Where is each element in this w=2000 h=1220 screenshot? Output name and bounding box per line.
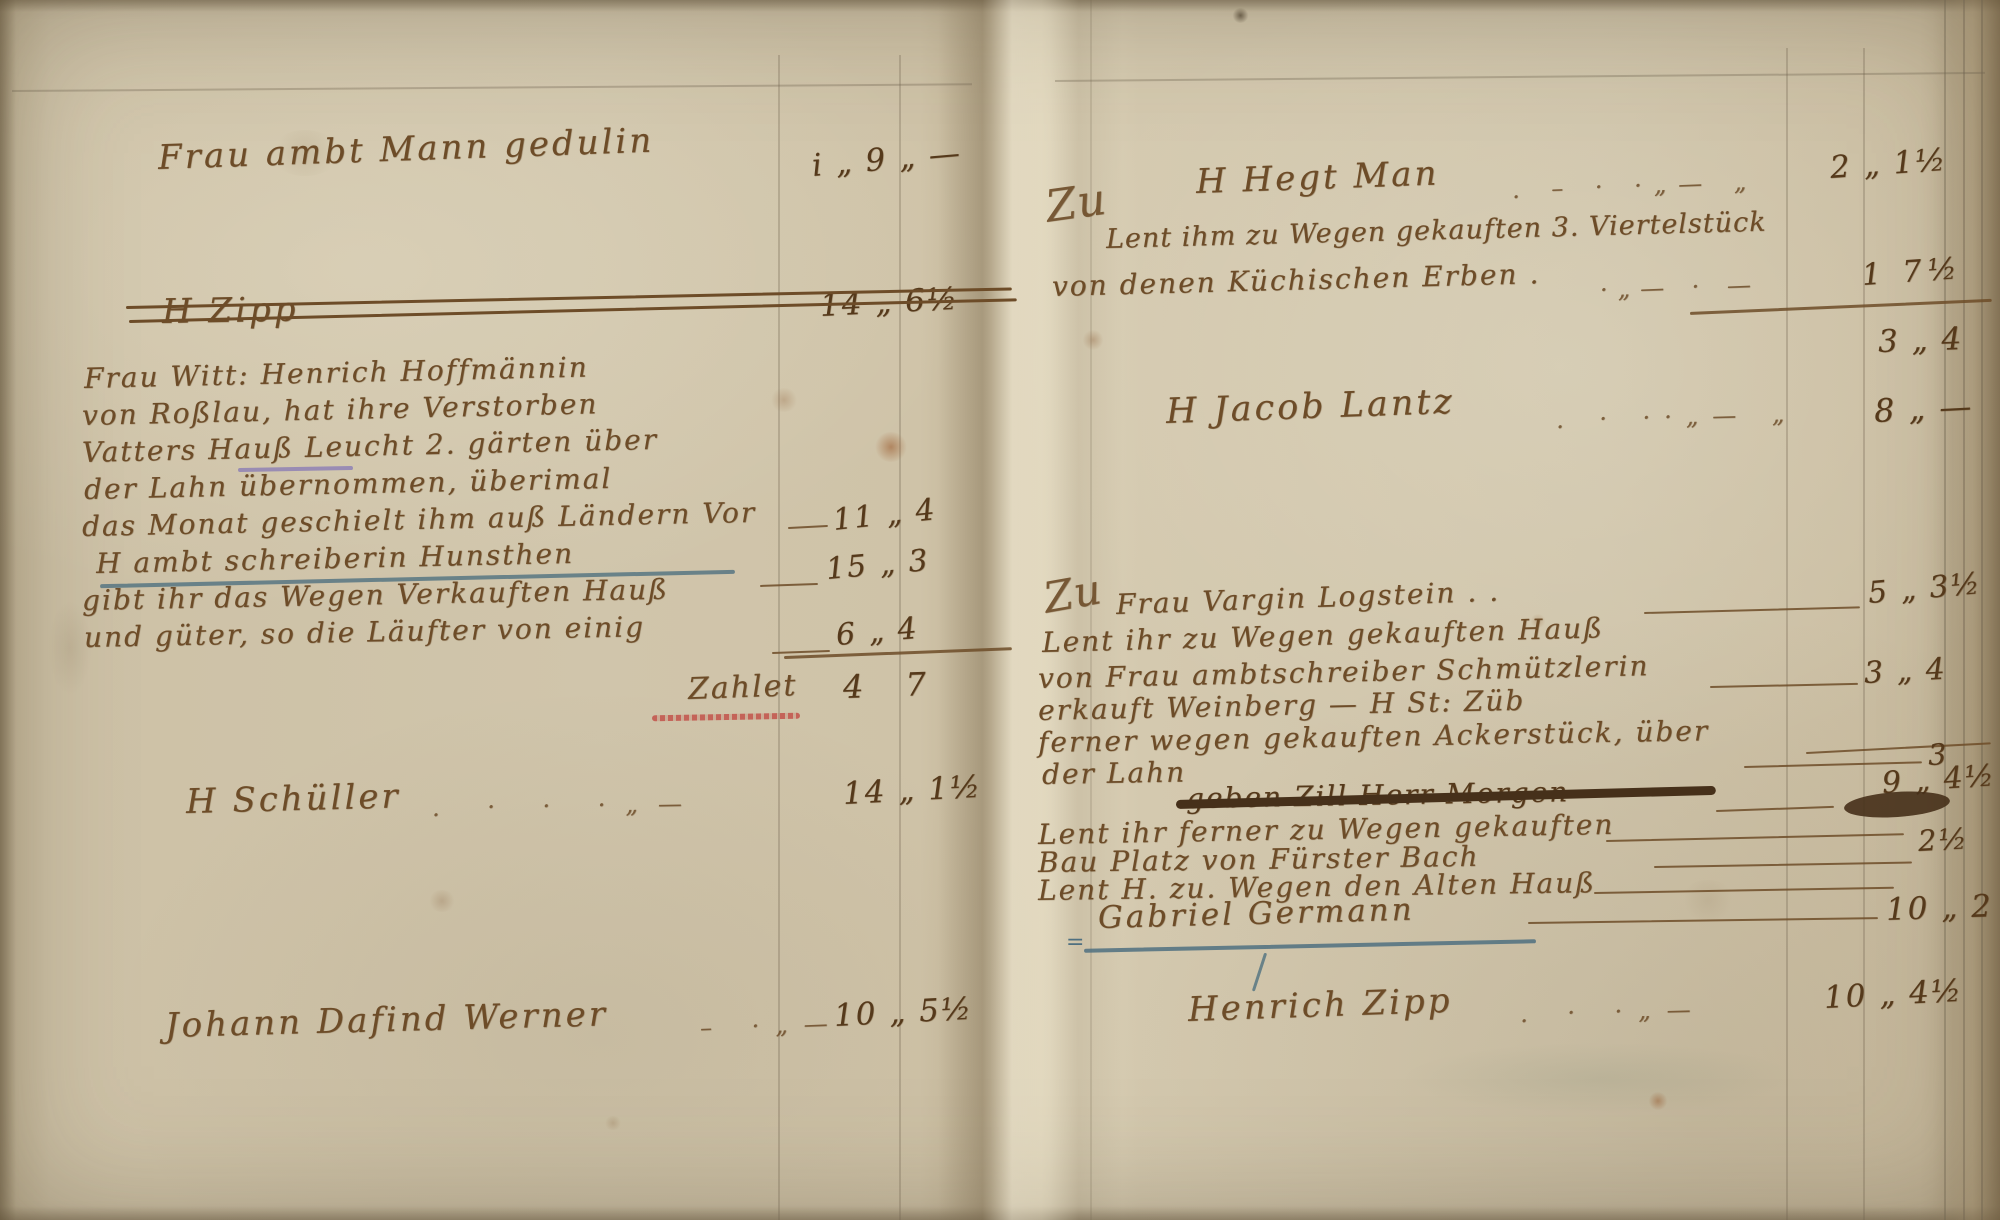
stack-sheet-line-3 — [1981, 0, 1983, 1220]
ledger-text-line: und güter, so die Läufter von einig — [84, 610, 646, 654]
top-page-edge — [0, 0, 2000, 12]
paper-stain — [604, 1116, 622, 1130]
leader-dash — [1654, 861, 1912, 868]
column-rule-left-1 — [778, 55, 780, 1220]
left-page-edge — [0, 0, 16, 1220]
margin-mark: Zu — [1040, 564, 1106, 622]
leader-dash — [760, 583, 818, 587]
ledger-text-line: der Lahn — [1042, 755, 1187, 791]
ledger-entry-amount: 6 „ 4 — [834, 611, 920, 653]
leader-dash — [1716, 806, 1834, 812]
ledger-entry-amount: 8 „ — — [1873, 387, 1974, 430]
leader-dash — [1644, 606, 1860, 614]
margin-mark-equals: = — [1066, 930, 1086, 955]
leader-dash — [1710, 683, 1858, 688]
manuscript-ledger-scan: Frau ambt Mann gedulin i „ 9 „ — H Zipp … — [0, 0, 2000, 1220]
ledger-entry-amount: 2 „ 1½ — [1829, 142, 1948, 186]
sum-rule — [784, 647, 1012, 658]
ledger-text-line: H ambt schreiberin Hunsthen — [96, 537, 575, 580]
stack-sheet-line-2 — [1963, 0, 1965, 1220]
top-ruled-line-right — [1055, 72, 1985, 82]
ledger-entry-name: H Schüller — [185, 776, 401, 822]
ledger-text-line: Frau Vargin Logstein . . — [1115, 575, 1500, 621]
ink-bleedthrough-blur — [1400, 1042, 1800, 1114]
paper-stain — [1648, 1092, 1668, 1110]
total-label: Zahlet — [687, 668, 798, 707]
ledger-entry-name: H Hegt Man — [1195, 154, 1440, 202]
ledger-text-line: von denen Küchischen Erben . — [1052, 257, 1541, 303]
paper-stain — [874, 432, 908, 462]
bottom-page-edge — [0, 1206, 2000, 1220]
leader-dots: – ·„— — [700, 1009, 845, 1042]
leader-dash — [1594, 887, 1894, 894]
leader-dots: . – · ·„— „ — [1512, 167, 1759, 204]
ledger-entry-name: H Jacob Lantz — [1165, 382, 1455, 432]
right-page-stack-edge — [1932, 0, 2000, 1220]
inserted-caret-stroke — [1252, 953, 1267, 992]
margin-mark: Zu — [1042, 174, 1109, 233]
leader-dots: . · ·„— — [1520, 995, 1707, 1028]
stack-sheet-line-1 — [1944, 0, 1946, 1220]
ledger-text-line: gibt ihr das Wegen Verkauften Hauß — [82, 573, 669, 617]
ledger-entry-amount: 10 „ 5½ — [833, 991, 974, 1034]
sum-rule — [1690, 299, 1992, 315]
ledger-entry-name-struck: H Zipp — [162, 290, 299, 332]
ledger-text-line: der Lahn übernommen, überimal — [84, 462, 613, 506]
leader-dash — [1606, 833, 1904, 842]
ledger-entry-name: Johann Dafind Werner — [164, 994, 608, 1046]
ledger-entry-amount: 5 „ 3½ — [1866, 566, 1982, 611]
ledger-entry-amount: 11 „ 4 — [831, 492, 938, 538]
paper-stain — [1680, 880, 1736, 920]
subtotal-amount: 3 „ 4 — [1877, 321, 1963, 360]
ledger-entry-amount: 14 „ 1½ — [842, 769, 983, 812]
paper-stain — [428, 890, 456, 912]
ledger-entry-amount: 10 „ 4½ — [1823, 973, 1964, 1016]
paper-stain — [1232, 8, 1249, 23]
leader-dash — [788, 525, 828, 529]
ledger-entry-amount: 10 „ 2 — [1885, 888, 1993, 928]
ledger-entry-name: Frau ambt Mann gedulin — [157, 121, 655, 178]
top-ruled-line-left — [12, 83, 972, 91]
ledger-entry-name: Henrich Zipp — [1187, 981, 1453, 1030]
ledger-text-line: Lent ihm zu Wegen gekauften 3. Viertelst… — [1106, 207, 1767, 255]
ledger-entry-amount: i „ 9 „ — — [810, 135, 963, 184]
ledger-entry-amount: 2½ — [1917, 821, 1969, 858]
total-amount: 4 7 — [842, 665, 942, 706]
ledger-entry-amount: 15 „ 3 — [824, 543, 931, 587]
ledger-entry-amount: 9 „ 4½ — [1881, 758, 1997, 801]
paper-stain — [1082, 330, 1104, 350]
ledger-entry-name: Gabriel Germann — [1098, 892, 1416, 936]
column-rule-right-1 — [1786, 48, 1788, 1220]
ledger-entry-amount: 3 „ 4 — [1863, 652, 1948, 691]
ledger-entry-amount: 1 7½ — [1861, 251, 1964, 293]
leader-dash — [1528, 917, 1878, 924]
leader-dots: ·„— · — — [1600, 270, 1762, 304]
leader-dots: . · ··„— „ — [1556, 400, 1799, 434]
leader-dots: . · · ·„— — [432, 789, 702, 822]
leader-dash — [772, 650, 830, 654]
paper-stain — [770, 388, 798, 412]
underline-blue — [1084, 939, 1536, 952]
column-rule-right-2 — [1863, 48, 1865, 1220]
